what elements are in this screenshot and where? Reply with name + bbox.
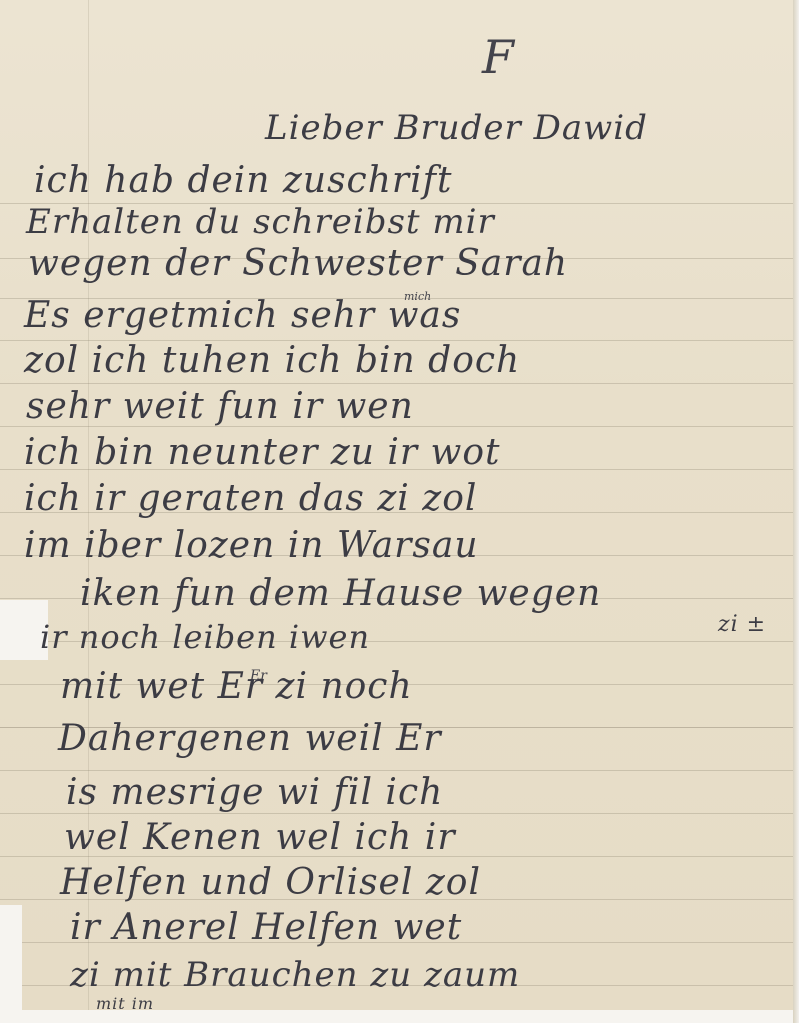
header-mark: F xyxy=(482,30,514,84)
letter-line: mit wet Er zi noch xyxy=(60,666,413,707)
letter-line: is mesrige wi fil ich xyxy=(66,772,443,813)
ruled-line xyxy=(0,383,799,384)
letter-line: wegen der Schwester Sarah xyxy=(28,243,568,284)
letter-line: ich hab dein zuschrift xyxy=(34,160,452,201)
letter-line: Es ergetmich sehr was xyxy=(24,295,461,336)
letter-line: ir noch leiben iwen xyxy=(40,618,370,656)
salutation: Lieber Bruder Dawid xyxy=(265,108,648,148)
letter-line: sehr weit fun ir wen xyxy=(26,386,414,427)
ruled-line xyxy=(0,770,799,771)
torn-edge xyxy=(0,905,22,1023)
letter-line: wel Kenen wel ich ir xyxy=(64,817,456,858)
page-edge xyxy=(793,0,799,1023)
letter-line: ir Anerel Helfen wet xyxy=(70,907,462,948)
letter-line: iken fun dem Hause wegen xyxy=(80,573,601,614)
ruled-line xyxy=(0,813,799,814)
letter-line: Helfen und Orlisel zol xyxy=(60,862,481,903)
letter-line: ich ir geraten das zi zol xyxy=(24,478,477,519)
letter-line: im iber lozen in Warsau xyxy=(24,525,479,566)
letter-line: Dahergenen weil Er xyxy=(58,718,442,759)
letter-line: zol ich tuhen ich bin doch xyxy=(24,340,520,381)
letter-page: F Lieber Bruder Dawid ich hab dein zusch… xyxy=(0,0,799,1023)
letter-line: ich bin neunter zu ir wot xyxy=(24,432,501,473)
margin-note: zi ± xyxy=(718,612,766,637)
interlinear-insertion: mit im xyxy=(96,994,154,1013)
letter-line: zi mit Brauchen zu zaum xyxy=(70,955,520,995)
letter-line: Erhalten du schreibst mir xyxy=(26,202,495,242)
